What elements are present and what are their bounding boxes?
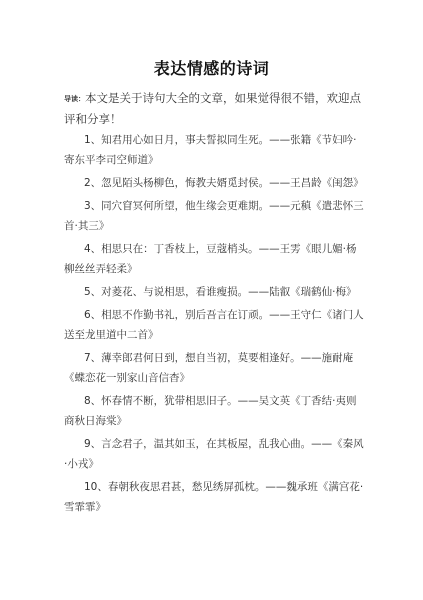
poem-item: 1、知君用心如日月，事夫誓拟同生死。——张籍《节妇吟·寄东平李司空师道》: [64, 130, 364, 170]
intro-lead-label: 导读：: [64, 95, 85, 103]
poem-item: 7、薄幸郎君何日到，想自当初，莫要相逢好。——施耐庵《蝶恋花一别家山音信杳》: [64, 348, 364, 388]
poem-item: 10、春朝秋夜思君甚，愁见绣屏孤枕。——魏承班《满宫花·雪霏霏》: [64, 477, 364, 517]
poem-item: 4、相思只在：丁香枝上，豆蔻梢头。——王雱《眼儿媚·杨柳丝丝弄轻柔》: [64, 239, 364, 279]
poem-list: 1、知君用心如日月，事夫誓拟同生死。——张籍《节妇吟·寄东平李司空师道》 2、忽…: [64, 130, 364, 520]
poem-item: 9、言念君子，温其如玉，在其板屋，乱我心曲。——《秦风·小戎》: [64, 434, 364, 474]
poem-item: 5、对菱花、与说相思，看谁瘦损。——陆叡《瑞鹤仙·梅》: [64, 282, 364, 302]
document-title: 表达情感的诗词: [0, 56, 423, 79]
intro-text: 本文是关于诗句大全的文章，如果觉得很不错，欢迎点评和分享！: [64, 91, 361, 126]
poem-item: 6、相思不作勤书礼，别后吾言在订顽。——王守仁《诸门人送至龙里道中二首》: [64, 305, 364, 345]
intro-paragraph: 导读：本文是关于诗句大全的文章，如果觉得很不错，欢迎点评和分享！: [64, 88, 364, 129]
poem-item: 8、怀春情不断，犹带相思旧子。——吴文英《丁香结·夷则商秋日海棠》: [64, 391, 364, 431]
poem-item: 2、忽见陌头杨柳色，悔教夫婿觅封侯。——王昌龄《闺怨》: [64, 173, 364, 193]
document-page: 表达情感的诗词 导读：本文是关于诗句大全的文章，如果觉得很不错，欢迎点评和分享！…: [0, 0, 423, 600]
poem-item: 3、同穴窅冥何所望，他生缘会更难期。——元稹《遣悲怀三首·其三》: [64, 196, 364, 236]
